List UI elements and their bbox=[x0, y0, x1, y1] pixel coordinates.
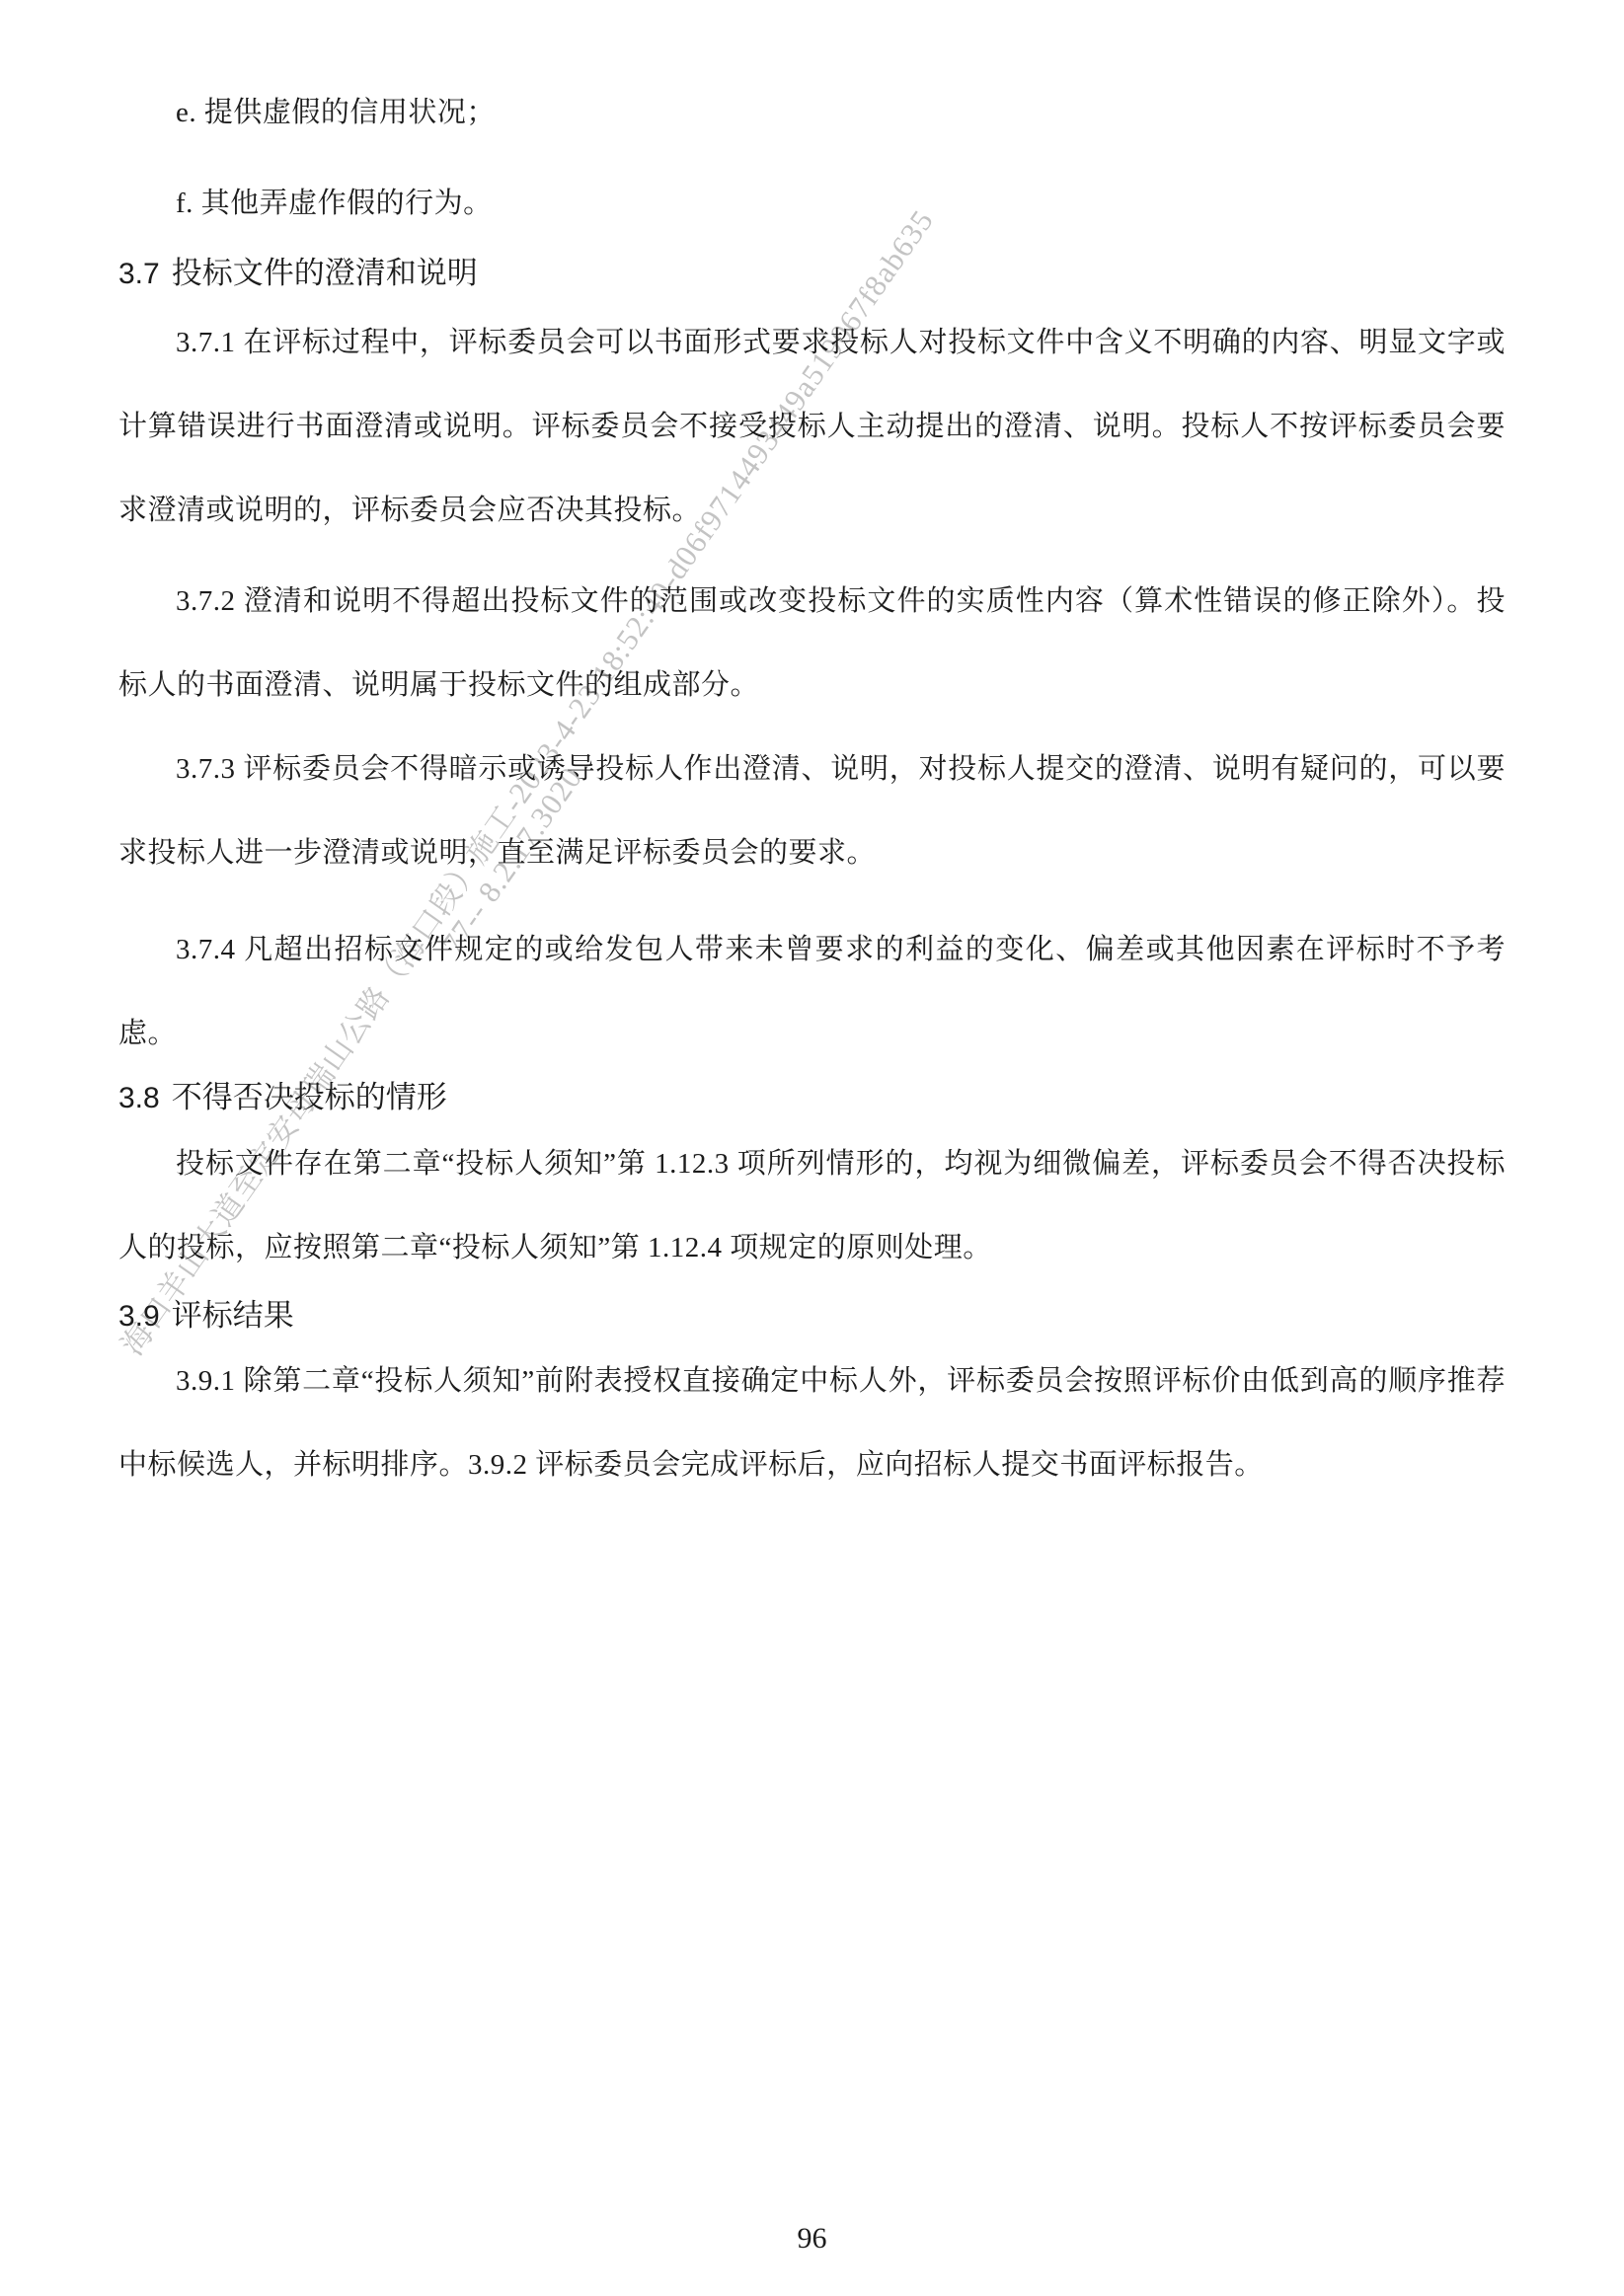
clause-3-8-body: 投标文件存在第二章“投标人须知”第 1.12.3 项所列情形的，均视为细微偏差，… bbox=[118, 1122, 1506, 1290]
section-title-3-8: 不得否决投标的情形 bbox=[172, 1080, 447, 1114]
clause-3-7-3: 3.7.3 评标委员会不得暗示或诱导投标人作出澄清、说明，对投标人提交的澄清、说… bbox=[118, 727, 1506, 895]
section-number-3-8: 3.8 bbox=[118, 1082, 160, 1114]
list-item-e: e. 提供虚假的信用状况； bbox=[118, 71, 1506, 155]
clause-3-7-2: 3.7.2 澄清和说明不得超出投标文件的范围或改变投标文件的实质性内容（算术性错… bbox=[118, 560, 1506, 727]
section-number-3-9: 3.9 bbox=[118, 1300, 160, 1333]
clause-3-9-1: 3.9.1 除第二章“投标人须知”前附表授权直接确定中标人外，评标委员会按照评标… bbox=[118, 1339, 1506, 1507]
section-number-3-7: 3.7 bbox=[118, 258, 160, 290]
document-page: 海口羊山大道至定安母瑞山公路（海口段）施工-2023-4-23 18:52:40… bbox=[0, 0, 1624, 2296]
section-title-3-7: 投标文件的澄清和说明 bbox=[172, 256, 478, 290]
clause-3-7-4: 3.7.4 凡超出招标文件规定的或给发包人带来未曾要求的利益的变化、偏差或其他因… bbox=[118, 908, 1506, 1076]
page-number: 96 bbox=[0, 2219, 1624, 2258]
clause-3-7-1: 3.7.1 在评标过程中，评标委员会可以书面形式要求投标人对投标文件中含义不明确… bbox=[118, 301, 1506, 553]
section-title-3-9: 评标结果 bbox=[172, 1298, 294, 1333]
